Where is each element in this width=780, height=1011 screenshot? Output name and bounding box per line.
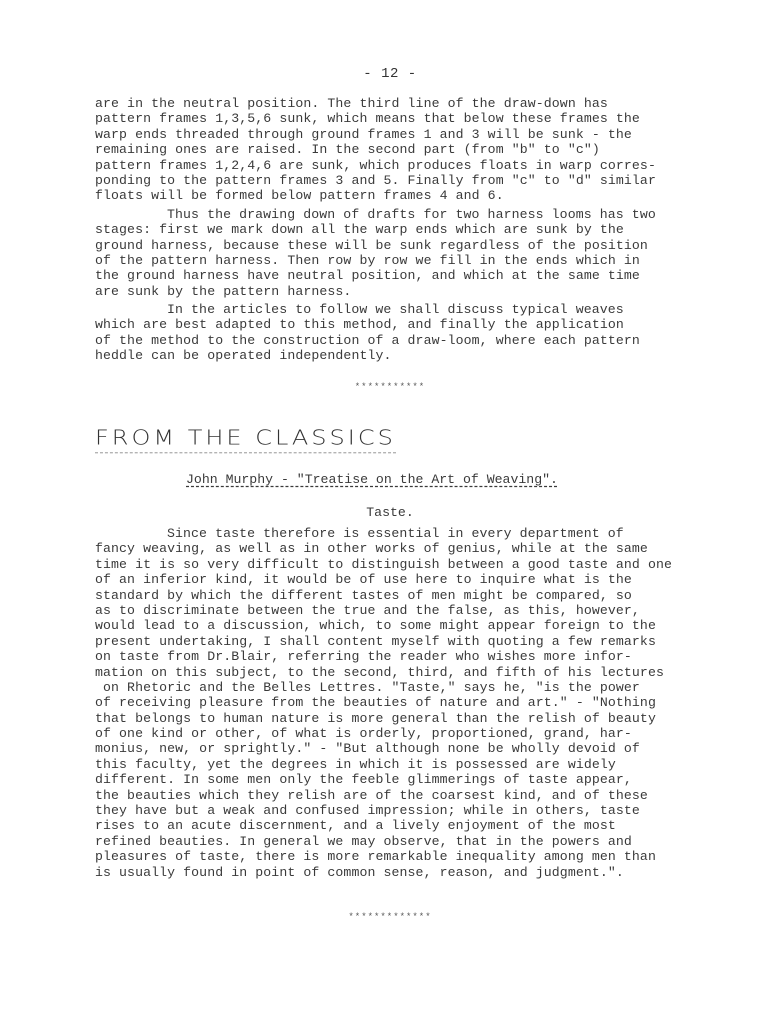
text-line: different. In some men only the feeble g… xyxy=(95,772,695,787)
text-line: refined beauties. In general we may obse… xyxy=(95,834,695,849)
text-line: are in the neutral position. The third l… xyxy=(95,96,695,111)
text-line: fancy weaving, as well as in other works… xyxy=(95,541,695,556)
text-line: remaining ones are raised. In the second… xyxy=(95,142,695,157)
text-line: floats will be formed below pattern fram… xyxy=(95,188,695,203)
text-line: they have but a weak and confused impres… xyxy=(95,803,695,818)
text-line: Thus the drawing down of drafts for two … xyxy=(95,207,695,222)
text-line: are sunk by the pattern harness. xyxy=(95,284,695,299)
text-line: monius, new, or sprightly." - "But altho… xyxy=(95,741,695,756)
text-line: that belongs to human nature is more gen… xyxy=(95,711,695,726)
text-line: as to discriminate between the true and … xyxy=(95,603,695,618)
text-line: on Rhetoric and the Belles Lettres. "Tas… xyxy=(95,680,695,695)
text-line: of one kind or other, of what is orderly… xyxy=(95,726,695,741)
text-line: stages: first we mark down all the warp … xyxy=(95,222,695,237)
paragraph: Since taste therefore is essential in ev… xyxy=(95,526,695,880)
paragraph: Thus the drawing down of drafts for two … xyxy=(95,207,695,299)
text-line: which are best adapted to this method, a… xyxy=(95,317,695,332)
text-line: heddle can be operated independently. xyxy=(95,348,695,363)
text-line: the beauties which they relish are of th… xyxy=(95,788,695,803)
text-line: present undertaking, I shall content mys… xyxy=(95,634,695,649)
page-number: - 12 - xyxy=(0,66,780,82)
text-line: ponding to the pattern frames 3 and 5. F… xyxy=(95,173,695,188)
text-line: Since taste therefore is essential in ev… xyxy=(95,526,695,541)
text-line: would lead to a discussion, which, to so… xyxy=(95,618,695,633)
text-line: ground harness, because these will be su… xyxy=(95,238,695,253)
text-line: time it is so very difficult to distingu… xyxy=(95,557,695,572)
classics-text: Since taste therefore is essential in ev… xyxy=(95,526,695,880)
text-line: of an inferior kind, it would be of use … xyxy=(95,572,695,587)
text-line: warp ends threaded through ground frames… xyxy=(95,127,695,142)
section-heading: FROM THE CLASSICS xyxy=(95,426,396,453)
text-line: pattern frames 1,3,5,6 sunk, which means… xyxy=(95,111,695,126)
document-page: - 12 - are in the neutral position. The … xyxy=(0,0,780,1011)
separator-stars-end: ************* xyxy=(0,912,780,922)
continuation-text: are in the neutral position. The third l… xyxy=(95,96,695,364)
paragraph: In the articles to follow we shall discu… xyxy=(95,302,695,364)
text-line: mation on this subject, to the second, t… xyxy=(95,665,695,680)
text-line: In the articles to follow we shall discu… xyxy=(95,302,695,317)
text-line: pleasures of taste, there is more remark… xyxy=(95,849,695,864)
text-line: on taste from Dr.Blair, referring the re… xyxy=(95,649,695,664)
separator-stars: *********** xyxy=(0,382,780,392)
text-line: of receiving pleasure from the beauties … xyxy=(95,695,695,710)
text-line: of the pattern harness. Then row by row … xyxy=(95,253,695,268)
text-line: is usually found in point of common sens… xyxy=(95,865,695,880)
source-citation: John Murphy - "Treatise on the Art of We… xyxy=(186,472,558,487)
text-line: of the method to the construction of a d… xyxy=(95,333,695,348)
text-line: the ground harness have neutral position… xyxy=(95,268,695,283)
text-line: this faculty, yet the degrees in which i… xyxy=(95,757,695,772)
text-line: rises to an acute discernment, and a liv… xyxy=(95,818,695,833)
text-line: standard by which the different tastes o… xyxy=(95,588,695,603)
text-line: pattern frames 1,2,4,6 are sunk, which p… xyxy=(95,158,695,173)
section-title: Taste. xyxy=(0,505,780,520)
paragraph: are in the neutral position. The third l… xyxy=(95,96,695,204)
